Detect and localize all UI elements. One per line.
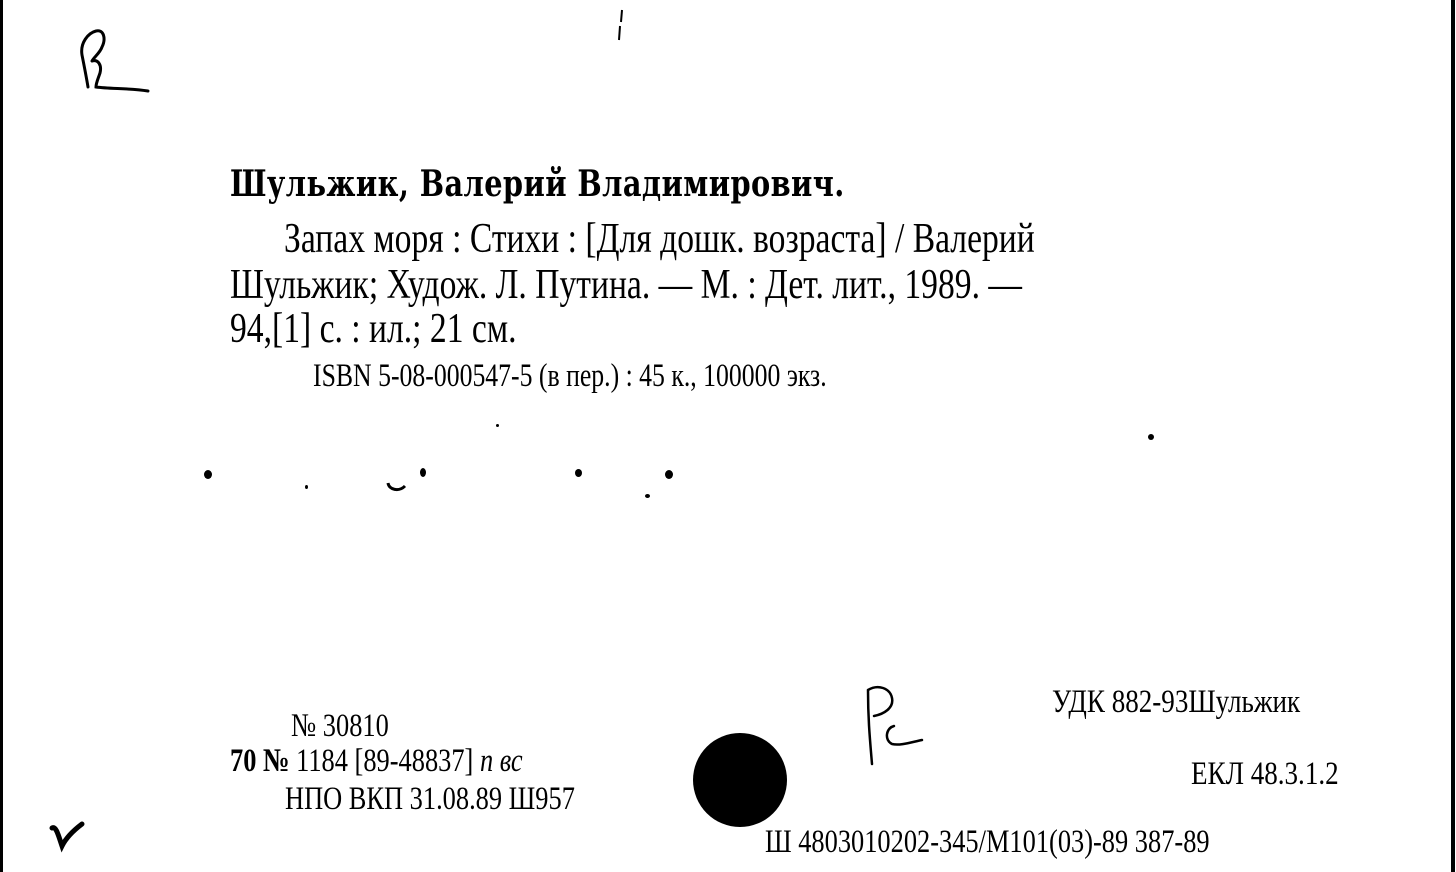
printer-line: НПО ВКП 31.08.89 Ш957 [285, 783, 575, 816]
speck [645, 494, 650, 498]
punch-hole [693, 733, 787, 827]
registration-prefix: 70 № [230, 743, 290, 779]
speck [420, 468, 426, 477]
card-left-edge [0, 0, 3, 872]
speck [575, 469, 582, 477]
speck [305, 485, 308, 489]
stray-mark-icon [616, 8, 626, 44]
handwritten-initials-icon [70, 25, 160, 100]
description-line-3: 94,[1] с. : ил.; 21 см. [230, 308, 516, 350]
speck [665, 470, 673, 479]
publication-code: Ш 4803010202-345/М101(03)-89 387-89 [765, 826, 1210, 859]
card-number: № 30810 [291, 710, 389, 743]
description-line-1: Запах моря : Стихи : [Для дошк. возраста… [284, 218, 1035, 260]
registration-main: 1184 [89-48837] [290, 743, 480, 779]
speck [1148, 434, 1154, 440]
card-right-edge [1451, 0, 1455, 872]
ekl-classification: ЕКЛ 48.3.1.2 [1191, 758, 1339, 791]
registration-suffix: п вс [480, 743, 523, 779]
registration-line: 70 № 1184 [89-48837] п вс [230, 745, 523, 778]
udk-classification: УДК 882-93Шульжик [1052, 686, 1300, 719]
curve-mark-icon [385, 480, 409, 494]
checkmark-icon [48, 820, 88, 860]
handwritten-initials-bottom-icon [860, 680, 930, 770]
author-heading: Шульжик, Валерий Владимирович. [230, 166, 845, 202]
description-line-2: Шульжик; Худож. Л. Путина. — М. : Дет. л… [230, 264, 1022, 306]
speck [204, 470, 212, 479]
catalog-card: Шульжик, Валерий Владимирович. Запах мор… [0, 0, 1456, 872]
speck [496, 424, 499, 427]
isbn-line: ISBN 5-08-000547-5 (в пер.) : 45 к., 100… [313, 360, 827, 393]
